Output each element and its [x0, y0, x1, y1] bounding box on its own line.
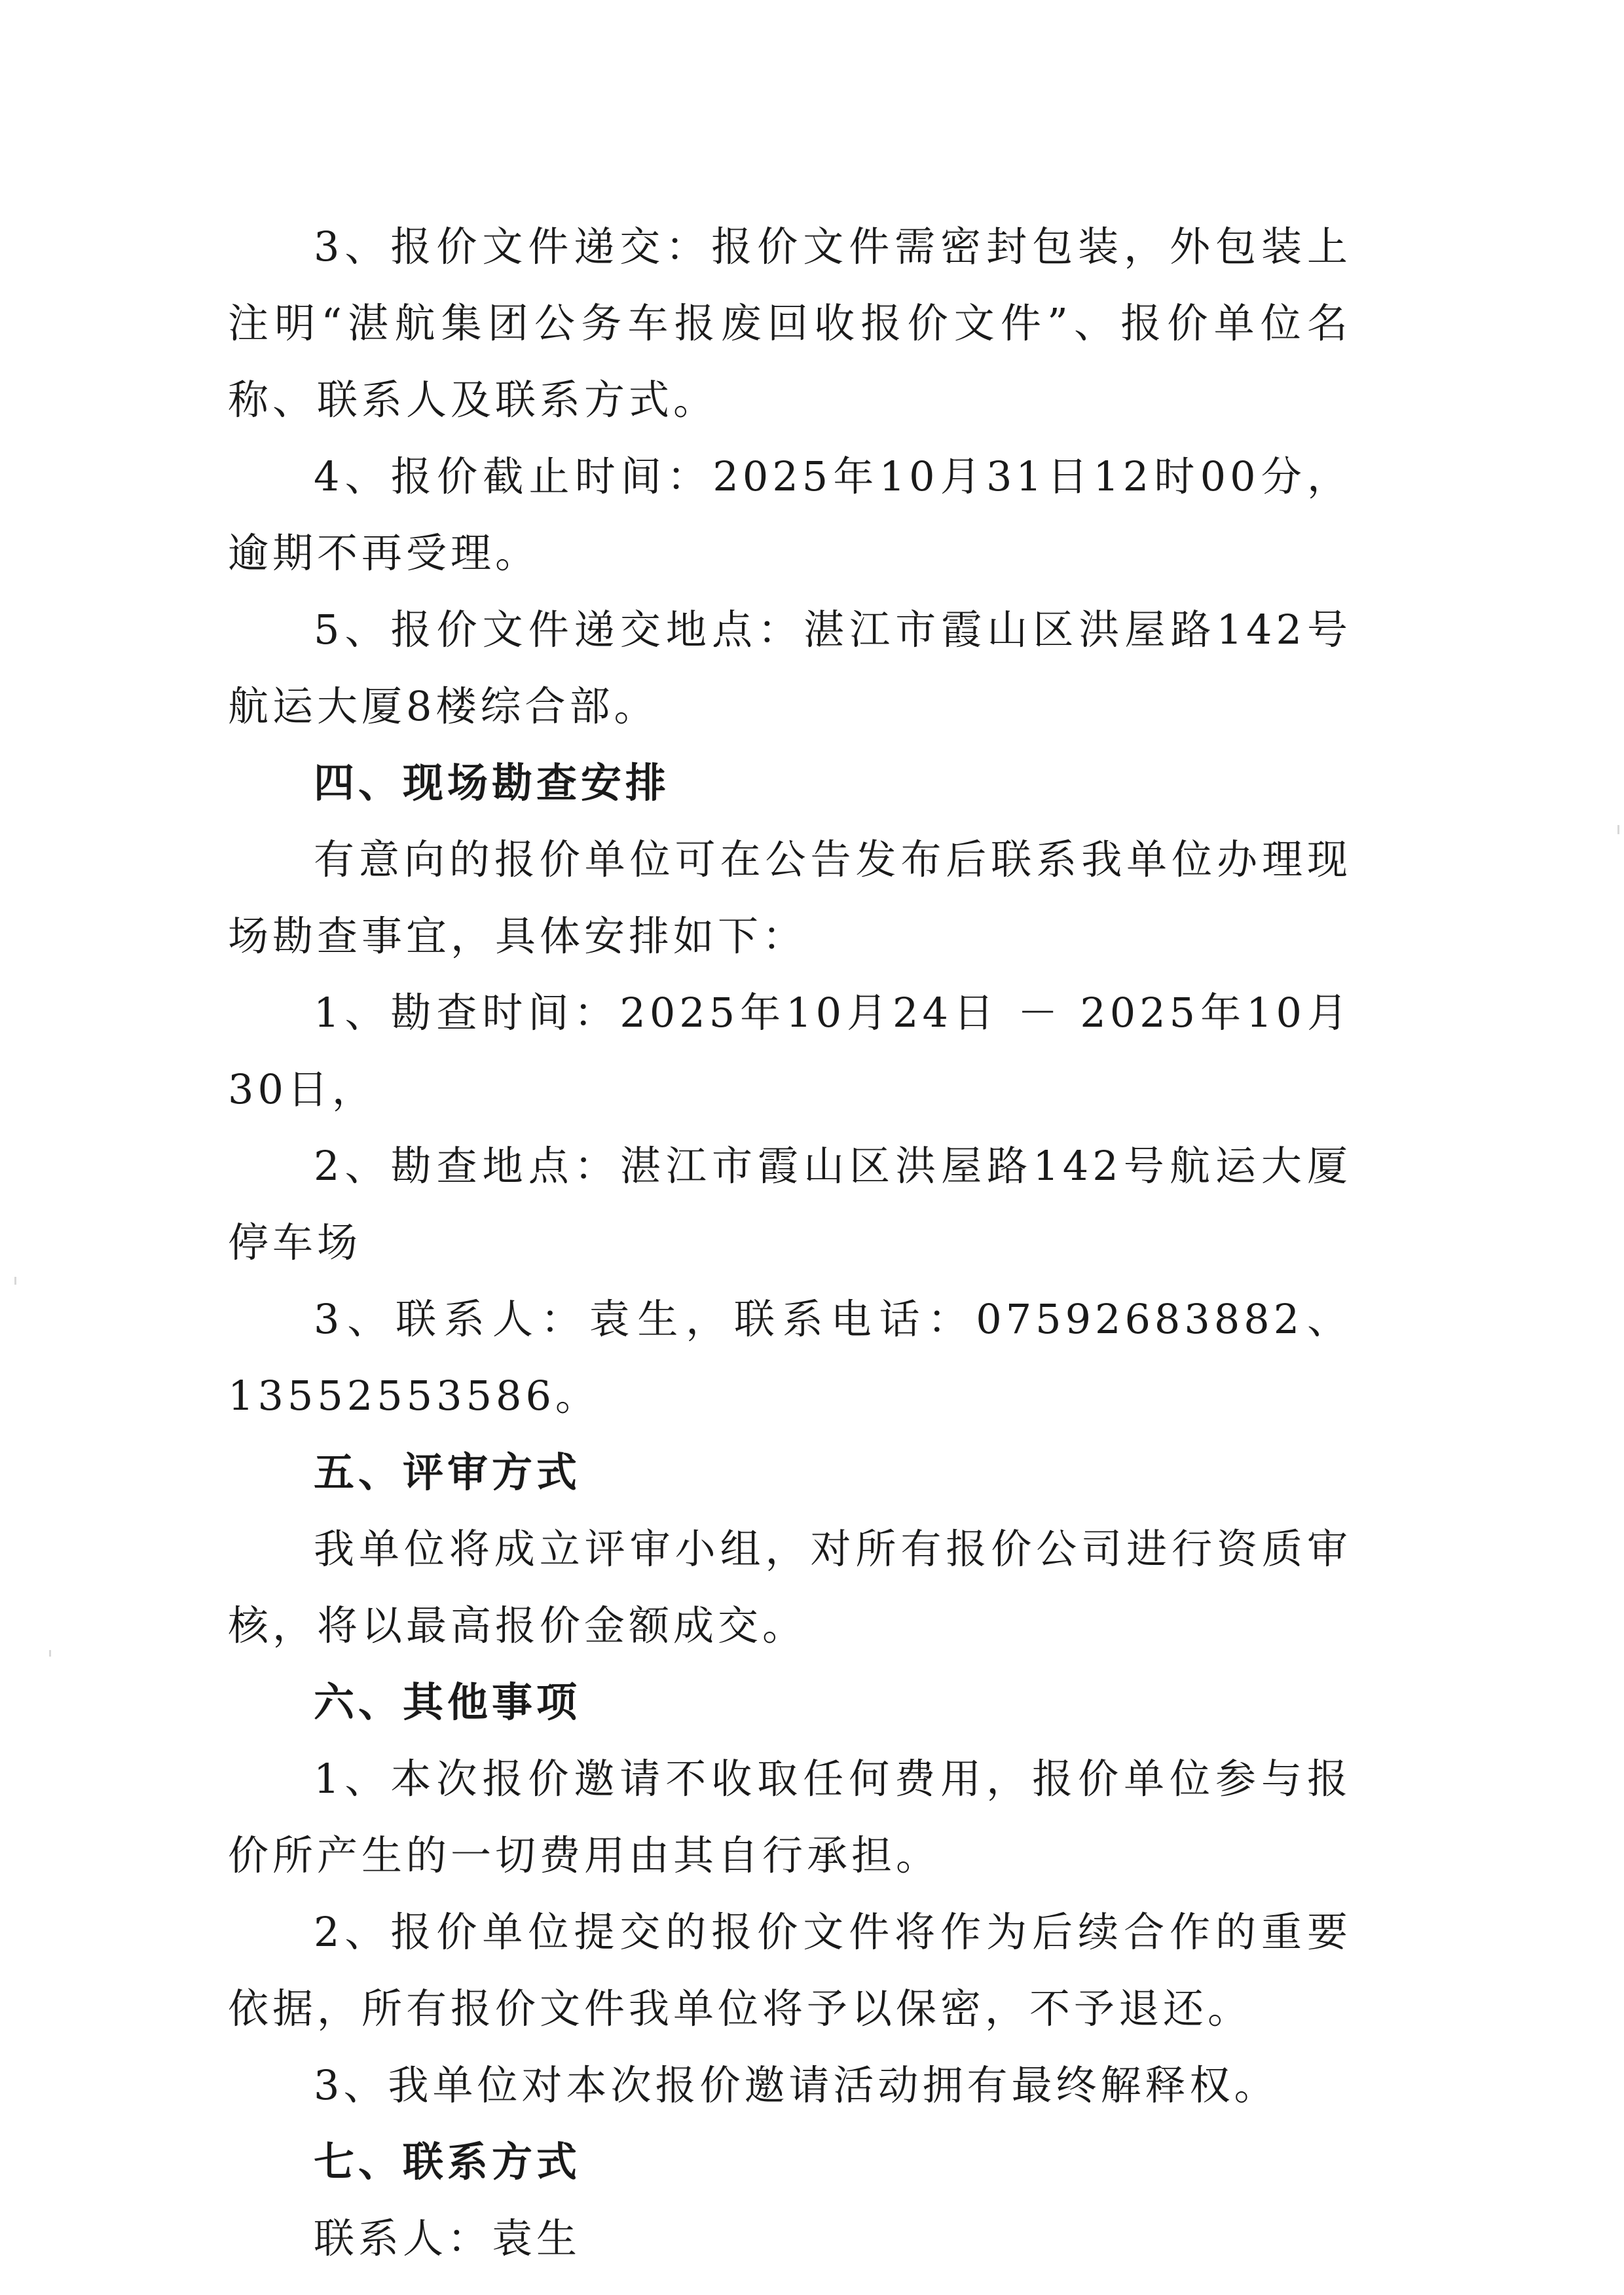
- paragraph-inspection-location: 2、勘查地点：湛江市霞山区洪屋路142号航运大厦停车场: [228, 1128, 1352, 1281]
- paragraph-submission-location: 5、报价文件递交地点：湛江市霞山区洪屋路142号航运大厦8楼综合部。: [228, 591, 1352, 744]
- paragraph-deadline: 4、报价截止时间：2025年10月31日12时00分，逾期不再受理。: [228, 438, 1352, 591]
- paragraph-site-inspection-intro: 有意向的报价单位可在公告发布后联系我单位办理现场勘查事宜，具体安排如下：: [228, 821, 1352, 974]
- paragraph-other-1: 1、本次报价邀请不收取任何费用，报价单位参与报价所产生的一切费用由其自行承担。: [228, 1740, 1352, 1894]
- paragraph-evaluation: 我单位将成立评审小组，对所有报价公司进行资质审核，将以最高报价金额成交。: [228, 1511, 1352, 1664]
- paragraph-other-3: 3、我单位对本次报价邀请活动拥有最终解释权。: [228, 2047, 1352, 2123]
- paragraph-contact-person: 联系人：袁生: [228, 2200, 1352, 2277]
- heading-site-inspection: 四、现场勘查安排: [228, 744, 1352, 821]
- document-page: 3、报价文件递交：报价文件需密封包装，外包装上注明“湛航集团公务车报废回收报价文…: [228, 208, 1352, 2277]
- scan-artifact: [14, 1277, 16, 1285]
- heading-other-matters: 六、其他事项: [228, 1664, 1352, 1740]
- heading-contact: 七、联系方式: [228, 2123, 1352, 2200]
- paragraph-inspection-contact: 3、联系人：袁生，联系电话：07592683882、13552553586。: [228, 1281, 1352, 1434]
- scan-artifact: [49, 1650, 51, 1657]
- paragraph-other-2: 2、报价单位提交的报价文件将作为后续合作的重要依据，所有报价文件我单位将予以保密…: [228, 1894, 1352, 2047]
- heading-evaluation: 五、评审方式: [228, 1434, 1352, 1511]
- scan-artifact: [1617, 825, 1619, 834]
- paragraph-inspection-time: 1、勘查时间：2025年10月24日 － 2025年10月30日，: [228, 974, 1352, 1128]
- paragraph-submission: 3、报价文件递交：报价文件需密封包装，外包装上注明“湛航集团公务车报废回收报价文…: [228, 208, 1352, 438]
